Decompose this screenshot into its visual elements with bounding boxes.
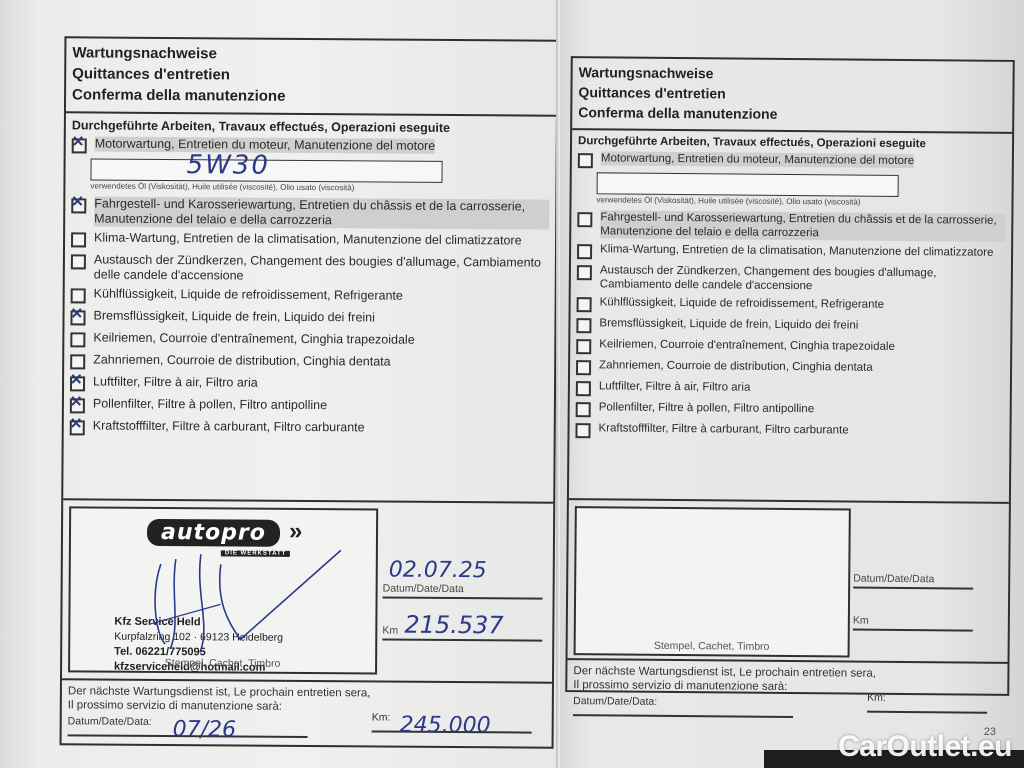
oil-viscosity-field: verwendetes Öl (Viskosität), Huile utili… <box>571 170 1011 212</box>
checklist-item-label: Klima-Wartung, Entretien de la climatisa… <box>94 230 522 248</box>
title-it: Conferma della manutenzione <box>72 84 550 108</box>
chevron-icon: » <box>289 518 303 546</box>
oil-caption: verwendetes Öl (Viskosität), Huile utili… <box>90 180 549 193</box>
next-km-field: Km: 245.000 <box>372 710 532 733</box>
next-service: Der nächste Wartungsdienst ist, Le proch… <box>62 678 552 715</box>
checklist-item-label: Zahnriemen, Courroie de distribution, Ci… <box>93 352 391 369</box>
autopro-logo: autopro <box>147 519 280 547</box>
checkbox-icon[interactable] <box>576 318 591 333</box>
checklist-item-label: Kühlflüssigkeit, Liquide de refroidissem… <box>94 286 403 303</box>
checkbox-icon[interactable] <box>577 212 592 227</box>
checklist-item: Kraftstofffilter, Filtre à carburant, Fi… <box>64 416 554 441</box>
next-date-value: 07/26 <box>173 723 237 737</box>
checklist-item-label: Austausch der Zündkerzen, Changement des… <box>94 252 549 285</box>
next-date-label: Datum/Date/Data: <box>68 715 152 728</box>
next-km-value: 245.000 <box>400 719 491 734</box>
next-km-label: Km: <box>867 692 886 704</box>
next-service: Der nächste Wartungsdienst ist, Le proch… <box>567 658 1007 696</box>
oil-viscosity-field: 5W30verwendetes Öl (Viskosität), Huile u… <box>65 156 555 197</box>
form-title: Wartungsnachweise Quittances d'entretien… <box>66 38 557 116</box>
next-date-field: Datum/Date/Data: <box>573 694 793 718</box>
stamp-caption: Stempel, Cachet, Timbro <box>70 656 375 670</box>
checklist-item-label: Pollenfilter, Filtre à pollen, Filtro an… <box>599 400 815 416</box>
work-items-list: Motorwartung, Entretien du moteur, Manut… <box>569 149 1012 444</box>
maintenance-form-empty: Wartungsnachweise Quittances d'entretien… <box>565 56 1015 696</box>
checked-checkbox-icon[interactable] <box>70 310 85 325</box>
km-field: Km <box>853 595 973 632</box>
checkbox-icon[interactable] <box>71 288 86 303</box>
checklist-item-label: Motorwartung, Entretien du moteur, Manut… <box>601 151 914 168</box>
checklist-item-label: Pollenfilter, Filtre à pollen, Filtro an… <box>93 396 327 413</box>
checklist-item: Austausch der Zündkerzen, Changement des… <box>65 250 555 287</box>
checkbox-icon[interactable] <box>70 354 85 369</box>
checklist-item-label: Luftfilter, Filtre à air, Filtro aria <box>93 374 258 390</box>
checklist-item-label: Kraftstofffilter, Filtre à carburant, Fi… <box>598 421 848 437</box>
checkbox-icon[interactable] <box>577 265 592 280</box>
checkbox-icon[interactable] <box>576 360 591 375</box>
checkbox-icon[interactable] <box>575 423 590 438</box>
workshop-stamp: autopro » DIE WERKSTATT Kfz Service Held… <box>68 506 378 674</box>
oil-caption: verwendetes Öl (Viskosität), Huile utili… <box>596 194 1005 208</box>
date-label: Datum/Date/Data <box>383 583 543 600</box>
km-value: 215.537 <box>394 611 503 640</box>
oil-input-box[interactable]: 5W30 <box>90 158 442 182</box>
next-km-label: Km: <box>372 711 391 723</box>
checklist-item-label: Kühlflüssigkeit, Liquide de refroidissem… <box>600 295 885 311</box>
checkbox-icon[interactable] <box>71 232 86 247</box>
checklist-item-label: Klima-Wartung, Entretien de la climatisa… <box>600 242 993 259</box>
km-label: Km <box>853 615 869 627</box>
checked-checkbox-icon[interactable] <box>72 138 87 153</box>
checkbox-icon[interactable] <box>71 254 86 269</box>
maintenance-form-filled: Wartungsnachweise Quittances d'entretien… <box>60 36 559 748</box>
oil-input-box[interactable] <box>597 172 899 197</box>
checkbox-icon[interactable] <box>576 402 591 417</box>
title-it: Conferma della manutenzione <box>578 102 1006 126</box>
checklist-item: Fahrgestell- und Karosseriewartung, Entr… <box>65 194 555 231</box>
checked-checkbox-icon[interactable] <box>70 420 85 435</box>
checked-checkbox-icon[interactable] <box>70 398 85 413</box>
checklist-item-label: Kraftstofffilter, Filtre à carburant, Fi… <box>93 418 365 435</box>
left-page: Wartungsnachweise Quittances d'entretien… <box>0 0 560 768</box>
next-km-field: Km: <box>867 691 987 714</box>
checklist-item-label: Keilriemen, Courroie d'entraînement, Cin… <box>599 337 895 354</box>
checklist-item-label: Fahrgestell- und Karosseriewartung, Entr… <box>94 196 549 229</box>
km-field: Km 215.537 <box>382 605 542 642</box>
checklist-item-label: Zahnriemen, Courroie de distribution, Ci… <box>599 358 873 374</box>
checklist-item-label: Bremsflüssigkeit, Liquide de frein, Liqu… <box>93 308 375 325</box>
checklist-item-label: Fahrgestell- und Karosseriewartung, Entr… <box>600 210 1005 242</box>
stamp-box: Stempel, Cachet, Timbro <box>574 506 851 657</box>
form-title: Wartungsnachweise Quittances d'entretien… <box>572 58 1013 134</box>
right-page: Wartungsnachweise Quittances d'entretien… <box>560 0 1024 768</box>
checklist-item-label: Bremsflüssigkeit, Liquide de frein, Liqu… <box>599 316 858 332</box>
next-date-label: Datum/Date/Data: <box>573 695 657 708</box>
checkbox-icon[interactable] <box>70 332 85 347</box>
date-label: Datum/Date/Data <box>853 573 973 590</box>
checklist-item-label: Austausch der Zündkerzen, Changement des… <box>600 263 1005 295</box>
stamp-section: Stempel, Cachet, Timbro Datum/Date/Data … <box>568 498 1009 664</box>
work-items-list: Motorwartung, Entretien du moteur, Manut… <box>64 134 556 441</box>
checklist-item: Fahrgestell- und Karosseriewartung, Entr… <box>571 208 1011 244</box>
checkbox-icon[interactable] <box>576 339 591 354</box>
checklist-item-label: Keilriemen, Courroie d'entraînement, Cin… <box>93 330 414 347</box>
watermark: CarOutlet.eu <box>838 730 1012 764</box>
checked-checkbox-icon[interactable] <box>71 198 86 213</box>
stamp-caption: Stempel, Cachet, Timbro <box>576 639 848 653</box>
checklist-item-label: Luftfilter, Filtre à air, Filtro aria <box>599 379 751 394</box>
service-fields: Datum/Date/Data Km <box>853 573 974 632</box>
signature-icon <box>140 544 361 656</box>
service-fields: 02.07.25 Datum/Date/Data Km 215.537 <box>382 558 543 642</box>
checklist-item: Kraftstofffilter, Filtre à carburant, Fi… <box>569 419 1009 444</box>
checkbox-icon[interactable] <box>577 297 592 312</box>
oil-value: 5W30 <box>186 150 270 181</box>
stamp-section: autopro » DIE WERKSTATT Kfz Service Held… <box>62 498 553 663</box>
checkbox-icon[interactable] <box>576 381 591 396</box>
checkbox-icon[interactable] <box>578 153 593 168</box>
service-date-value: 02.07.25 <box>383 558 543 584</box>
checklist-item: Austausch der Zündkerzen, Changement des… <box>571 261 1011 297</box>
checked-checkbox-icon[interactable] <box>70 376 85 391</box>
checkbox-icon[interactable] <box>577 244 592 259</box>
next-date-field: Datum/Date/Data: 07/26 <box>68 714 308 738</box>
